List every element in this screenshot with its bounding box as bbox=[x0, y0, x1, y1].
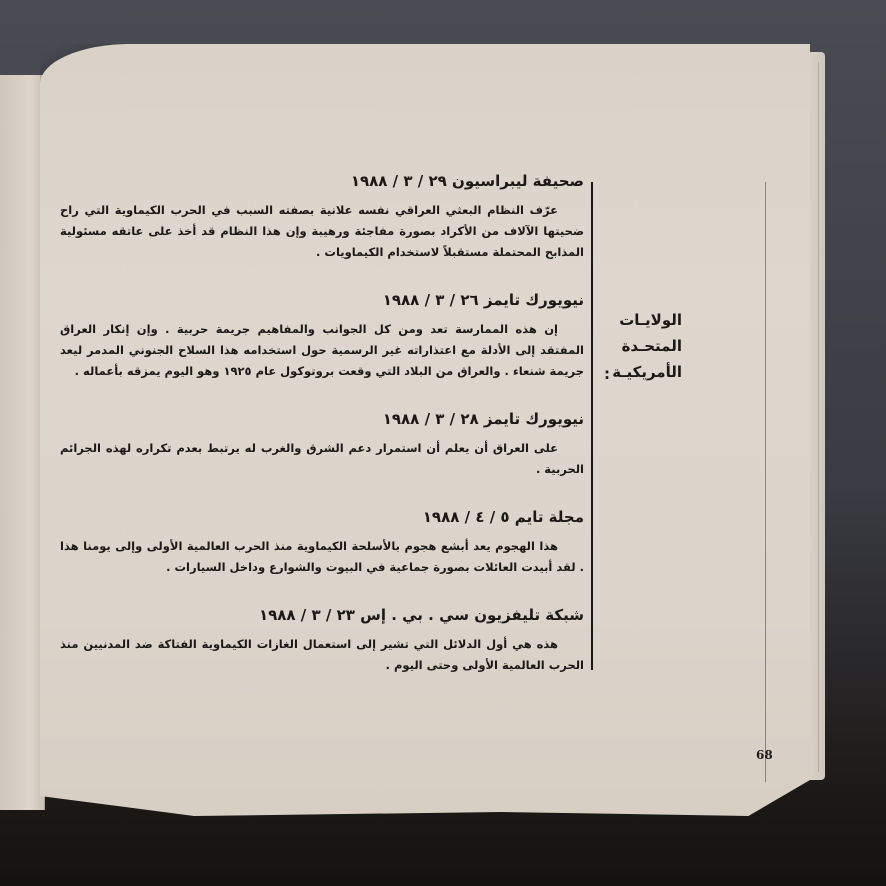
quote-entry: مجلة تايم ٥ / ٤ / ١٩٨٨ هذا الهجوم يعد أب… bbox=[60, 506, 590, 578]
quote-text: عرّف النظام البعثي العراقي نفسه علانية ب… bbox=[60, 200, 584, 263]
facing-page-edge bbox=[0, 75, 45, 810]
vertical-divider bbox=[591, 182, 593, 670]
page-fold-line bbox=[765, 182, 766, 782]
quote-entry: نيويورك تايمز ٢٦ / ٣ / ١٩٨٨ إن هذه المما… bbox=[60, 289, 590, 382]
quote-text: هذا الهجوم يعد أبشع هجوم بالأسلحة الكيما… bbox=[60, 536, 584, 578]
section-label-line: الولايـات bbox=[602, 307, 682, 333]
quote-source: نيويورك تايمز ٢٦ / ٣ / ١٩٨٨ bbox=[60, 289, 584, 311]
quote-source: نيويورك تايمز ٢٨ / ٣ / ١٩٨٨ bbox=[60, 408, 584, 430]
section-label: الولايـات المتحـدة الأمريكيـة bbox=[602, 307, 682, 385]
page-number: 68 bbox=[756, 748, 773, 762]
quote-entry: شبكة تليفزيون سي . بي . إس ٢٣ / ٣ / ١٩٨٨… bbox=[60, 604, 590, 676]
quote-text: هذه هي أول الدلائل التي تشير إلى استعمال… bbox=[60, 634, 584, 676]
quote-text: إن هذه الممارسة تعد ومن كل الجوانب والمف… bbox=[60, 319, 584, 382]
quote-entry: نيويورك تايمز ٢٨ / ٣ / ١٩٨٨ على العراق أ… bbox=[60, 408, 590, 480]
quotes-column: صحيفة ليبراسيون ٢٩ / ٣ / ١٩٨٨ عرّف النظا… bbox=[60, 170, 590, 702]
quote-text: على العراق أن يعلم أن استمرار دعم الشرق … bbox=[60, 438, 584, 480]
quote-source: مجلة تايم ٥ / ٤ / ١٩٨٨ bbox=[60, 506, 584, 528]
quote-source: شبكة تليفزيون سي . بي . إس ٢٣ / ٣ / ١٩٨٨ bbox=[60, 604, 584, 626]
section-label-line: الأمريكيـة bbox=[602, 359, 682, 385]
section-label-colon: : bbox=[604, 365, 610, 383]
section-label-line: المتحـدة bbox=[602, 333, 682, 359]
quote-source: صحيفة ليبراسيون ٢٩ / ٣ / ١٩٨٨ bbox=[60, 170, 584, 192]
quote-entry: صحيفة ليبراسيون ٢٩ / ٣ / ١٩٨٨ عرّف النظا… bbox=[60, 170, 590, 263]
